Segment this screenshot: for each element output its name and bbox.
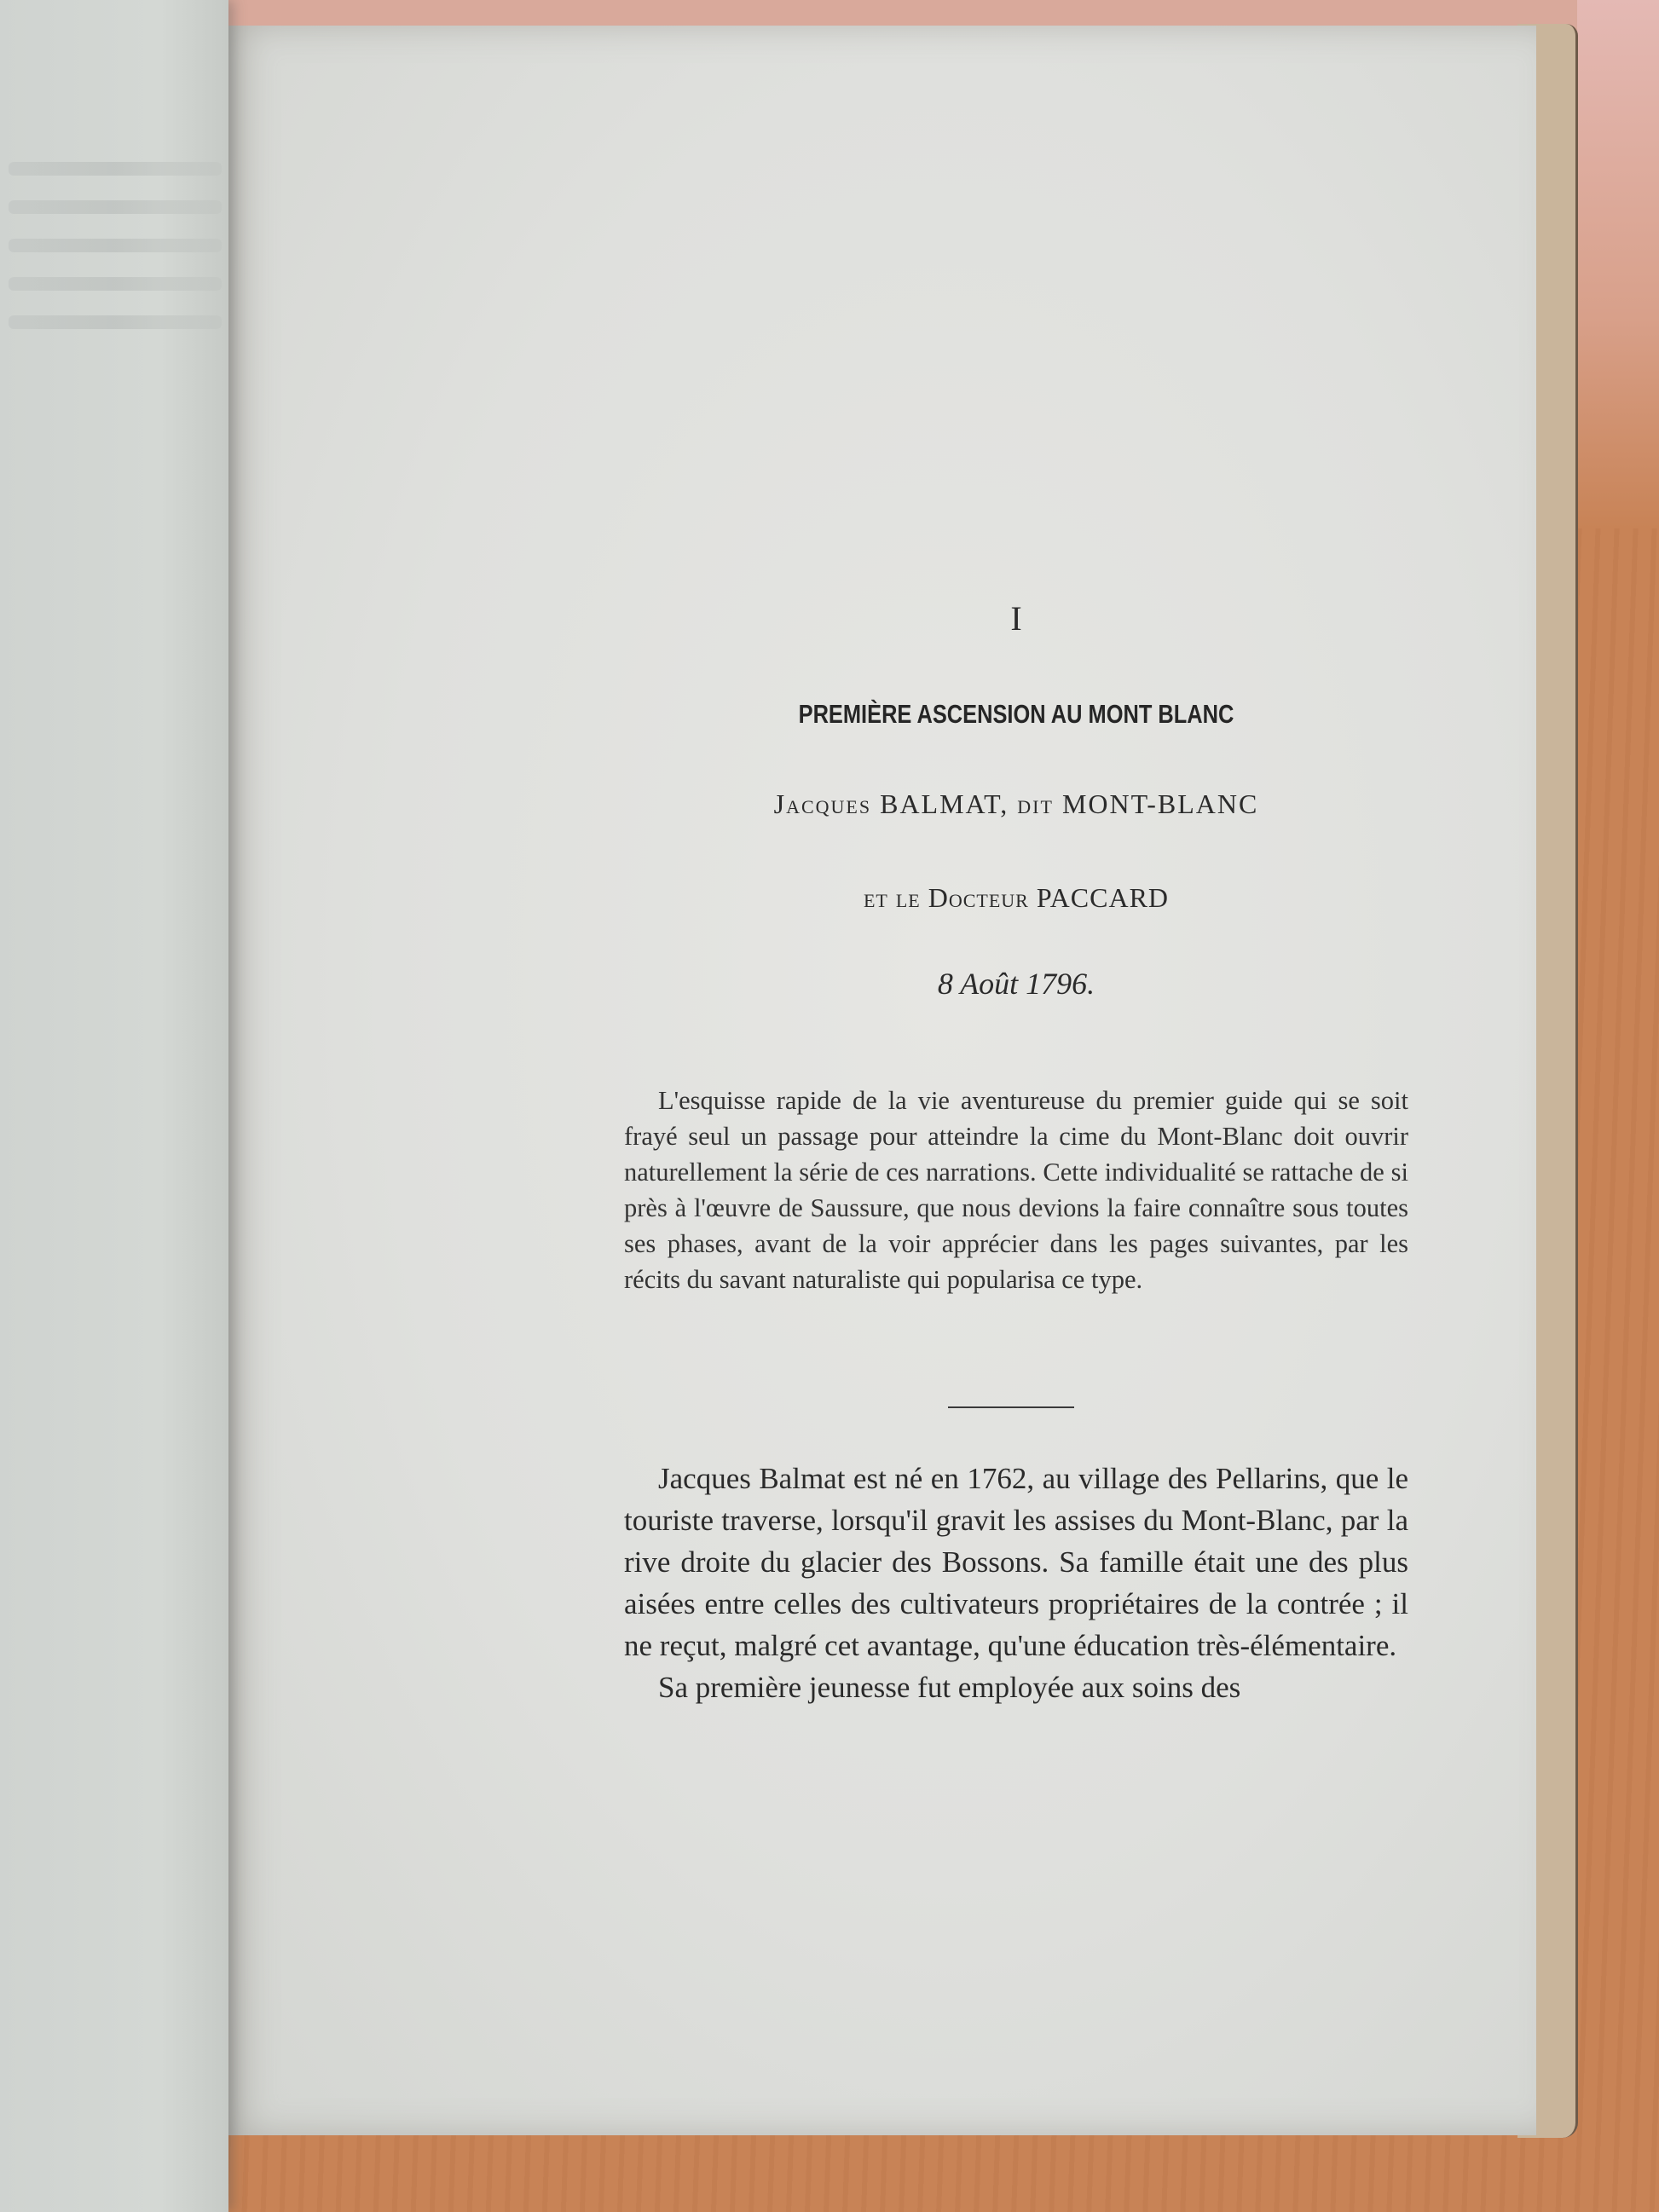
bleed-through-text xyxy=(9,162,222,176)
bleed-through-text xyxy=(9,315,222,329)
bleed-through-text xyxy=(9,200,222,214)
section-divider xyxy=(948,1406,1074,1408)
background-wall-right xyxy=(1577,0,1659,528)
bleed-through-text xyxy=(9,277,222,291)
intro-paragraph: L'esquisse rapide de la vie aventureuse … xyxy=(624,1083,1408,1297)
chapter-subtitle-2: et le Docteur PACCARD xyxy=(624,882,1408,914)
left-page xyxy=(0,0,228,2212)
chapter-subtitle-1: Jacques BALMAT, dit MONT-BLANC xyxy=(624,788,1408,820)
chapter-numeral: I xyxy=(624,598,1408,638)
right-page: I PREMIÈRE ASCENSION AU MONT BLANC Jacqu… xyxy=(223,26,1536,2135)
body-paragraph: Jacques Balmat est né en 1762, au villag… xyxy=(624,1458,1408,1666)
chapter-date: 8 Août 1796. xyxy=(624,966,1408,1002)
bleed-through-text xyxy=(9,239,222,252)
intro-text: L'esquisse rapide de la vie aventureuse … xyxy=(624,1083,1408,1297)
body-paragraph: Sa première jeunesse fut employée aux so… xyxy=(624,1666,1408,1708)
chapter-title: PREMIÈRE ASCENSION AU MONT BLANC xyxy=(695,699,1338,730)
body-text: Jacques Balmat est né en 1762, au villag… xyxy=(624,1458,1408,1708)
